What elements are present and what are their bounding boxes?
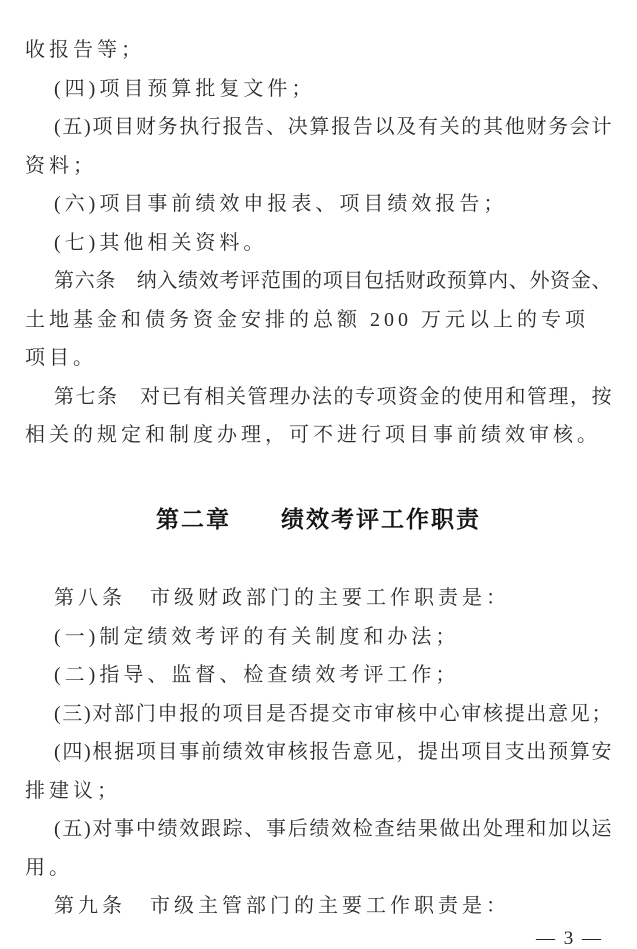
document-line: 排建议；	[25, 772, 612, 811]
document-line: 收报告等；	[25, 31, 612, 70]
document-body: 收报告等；(四)项目预算批复文件；(五)项目财务执行报告、决算报告以及有关的其他…	[0, 0, 637, 926]
chapter-heading: 第二章 绩效考评工作职责	[25, 500, 612, 539]
document-line: 相关的规定和制度办理，可不进行项目事前绩效审核。	[25, 416, 612, 455]
document-line: (七)其他相关资料。	[25, 224, 612, 263]
document-line: (五)项目财务执行报告、决算报告以及有关的其他财务会计	[25, 108, 612, 147]
document-line: (一)制定绩效考评的有关制度和办法；	[25, 618, 612, 657]
document-line: (六)项目事前绩效申报表、项目绩效报告；	[25, 185, 612, 224]
document-line: (三)对部门申报的项目是否提交市审核中心审核提出意见；	[25, 695, 612, 734]
document-line: 第七条 对已有相关管理办法的专项资金的使用和管理，按	[25, 378, 612, 417]
document-line: 第九条 市级主管部门的主要工作职责是：	[25, 887, 612, 926]
document-line: 第八条 市级财政部门的主要工作职责是：	[25, 579, 612, 618]
document-line: (四)项目预算批复文件；	[25, 70, 612, 109]
document-page: 收报告等；(四)项目预算批复文件；(五)项目财务执行报告、决算报告以及有关的其他…	[0, 0, 637, 949]
document-line: 资料；	[25, 147, 612, 186]
document-line: (二)指导、监督、检查绩效考评工作；	[25, 656, 612, 695]
document-line: 用。	[25, 849, 612, 888]
document-line: 土地基金和债务资金安排的总额 200 万元以上的专项项目。	[25, 301, 612, 378]
document-line: 第六条 纳入绩效考评范围的项目包括财政预算内、外资金、	[25, 262, 612, 301]
page-number: — 3 —	[0, 926, 637, 949]
document-line: (五)对事中绩效跟踪、事后绩效检查结果做出处理和加以运	[25, 810, 612, 849]
document-line: (四)根据项目事前绩效审核报告意见，提出项目支出预算安	[25, 733, 612, 772]
